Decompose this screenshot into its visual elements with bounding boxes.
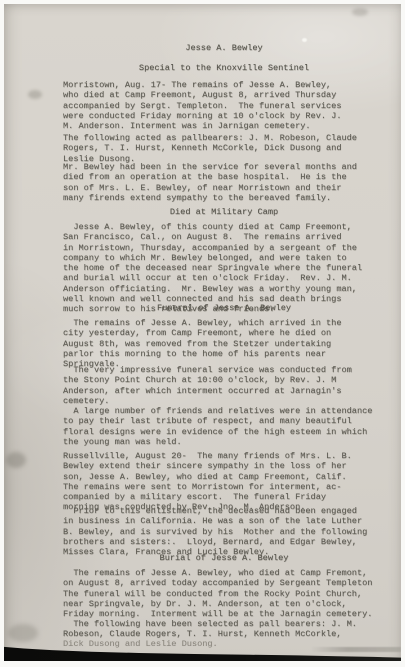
- paragraph-family-survivors: Prior to this enlistment, the deceased h…: [63, 506, 385, 557]
- heading-died-at-military-camp: Died at Military Camp: [63, 207, 385, 217]
- torn-paper-gray-edge: [311, 647, 401, 652]
- paragraph-funeral-service: The very impressive funeral service was …: [63, 365, 385, 406]
- paper-smudge: [28, 90, 42, 99]
- paragraph-pallbearers: The following acted as pallbearers: J. M…: [63, 133, 385, 164]
- paper-speck: [302, 38, 307, 42]
- paper-smudge: [352, 8, 368, 16]
- heading-funeral: Funeral of Jesse A. Bewley: [63, 303, 385, 313]
- document-title: Jesse A. Bewley: [63, 43, 385, 53]
- paragraph-morristown-report: Morristown, Aug. 17- The remains of Jess…: [63, 80, 385, 131]
- paragraph-burial-details: The remains of Jesse A. Bewley, who died…: [63, 568, 385, 619]
- paragraph-died-at-camp: Jesse A. Bewley, of this county died at …: [63, 222, 385, 315]
- paragraph-service-and-family: Mr. Bewley had been in the service for s…: [63, 162, 385, 203]
- heading-burial: Burial of Jesse A. Bewley: [63, 553, 385, 563]
- photo-frame: Jesse A. Bewley Special to the Knoxville…: [0, 0, 405, 667]
- paper-smudge: [6, 452, 26, 468]
- paragraph-russellville-note: Russellville, August 20- The many friend…: [63, 451, 385, 513]
- paper-smudge: [8, 624, 38, 642]
- paragraph-remains-arrived: The remains of Jesse A. Bewley, which ar…: [63, 318, 385, 369]
- document-page: Jesse A. Bewley Special to the Knoxville…: [4, 4, 401, 661]
- paragraph-friends-attendance: A large number of friends and relatives …: [63, 406, 385, 447]
- paragraph-selected-pallbearers: The following have been selected as pall…: [63, 619, 385, 640]
- byline-special-to-sentinel: Special to the Knoxville Sentinel: [63, 63, 385, 73]
